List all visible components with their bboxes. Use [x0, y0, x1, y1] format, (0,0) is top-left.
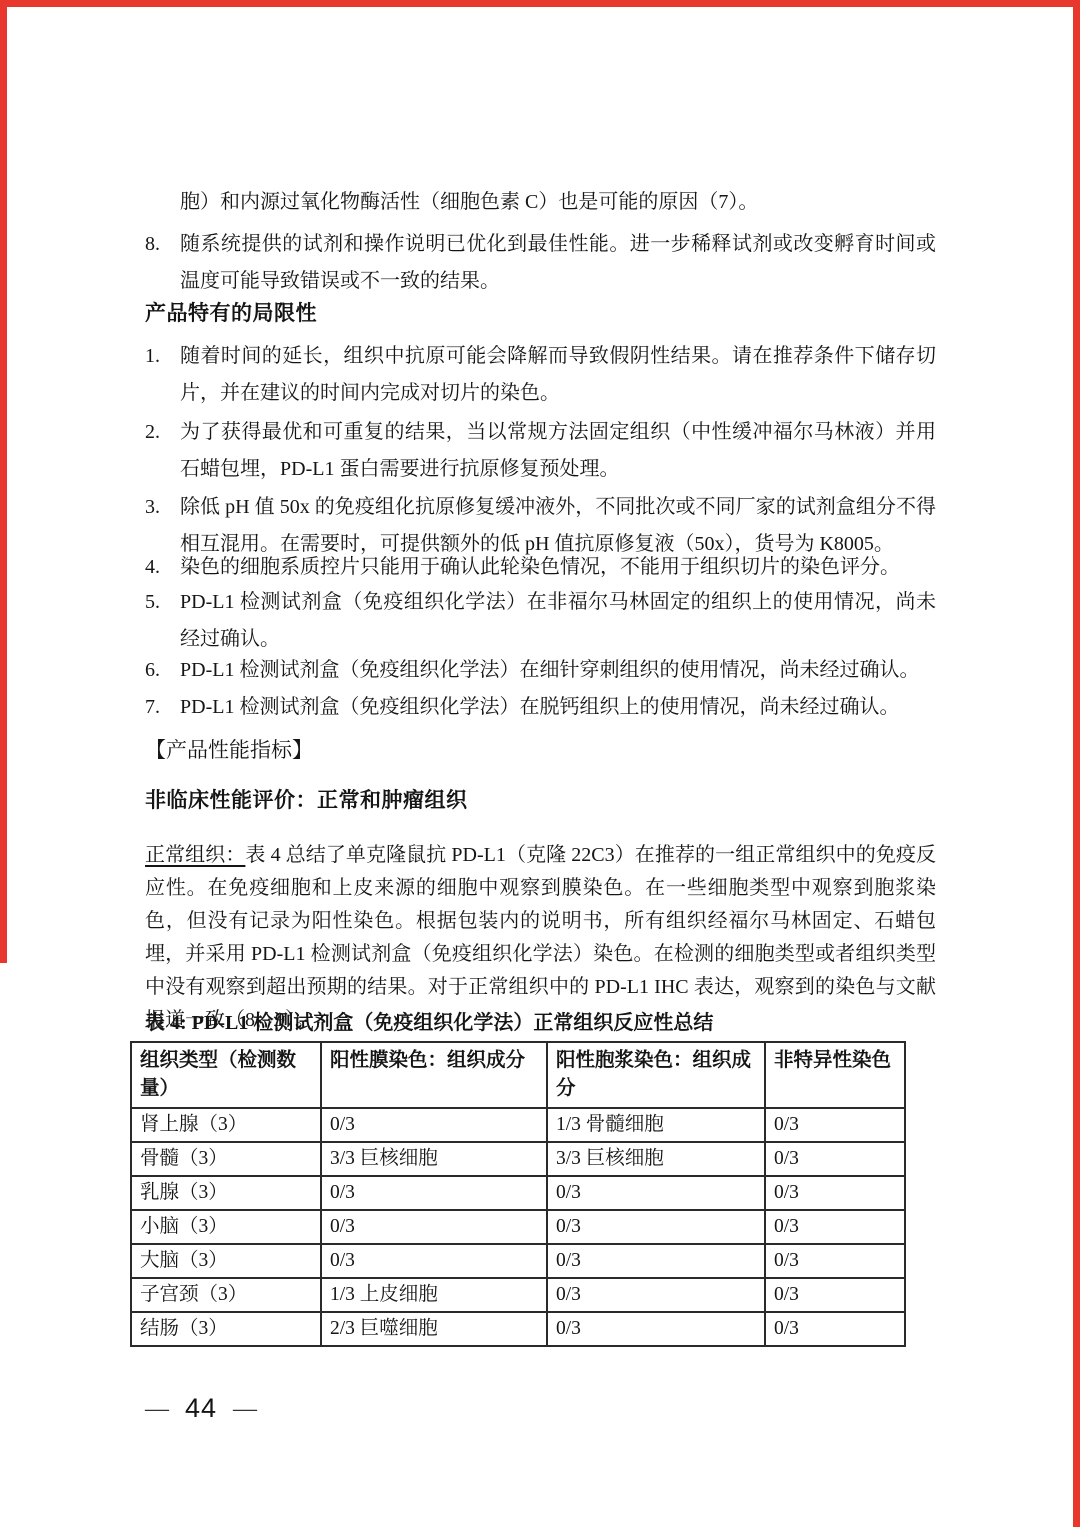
- table-cell: 2/3 巨噬细胞: [321, 1312, 547, 1346]
- table-row: 小脑（3） 0/3 0/3 0/3: [131, 1210, 905, 1244]
- table-cell: 大脑（3）: [131, 1244, 321, 1278]
- table-cell: 0/3: [321, 1210, 547, 1244]
- list-item-text: 随系统提供的试剂和操作说明已优化到最佳性能。进一步稀释试剂或改变孵育时间或温度可…: [180, 226, 936, 300]
- paragraph-lead-underlined: 正常组织：: [145, 844, 245, 866]
- table-cell: 0/3: [765, 1210, 905, 1244]
- table-cell: 0/3: [547, 1210, 765, 1244]
- nonclinical-subsection-heading: 非临床性能评价：正常和肿瘤组织: [145, 786, 936, 814]
- list-item-text: 染色的细胞系质控片只能用于确认此轮染色情况，不能用于组织切片的染色评分。: [180, 549, 936, 586]
- table-cell: 3/3 巨核细胞: [321, 1142, 547, 1176]
- table-cell: 0/3: [547, 1244, 765, 1278]
- paragraph-text: 表 4 总结了单克隆鼠抗 PD-L1（克隆 22C3）在推荐的一组正常组织中的免…: [145, 844, 936, 1031]
- table-cell: 0/3: [547, 1176, 765, 1210]
- table-cell: 小脑（3）: [131, 1210, 321, 1244]
- list-item-8: 8. 随系统提供的试剂和操作说明已优化到最佳性能。进一步稀释试剂或改变孵育时间或…: [145, 226, 936, 300]
- table-cell: 1/3 骨髓细胞: [547, 1108, 765, 1142]
- list-number: 4.: [145, 549, 180, 586]
- table-cell: 0/3: [765, 1278, 905, 1312]
- list-item-text: 随着时间的延长，组织中抗原可能会降解而导致假阴性结果。请在推荐条件下储存切片，并…: [180, 338, 936, 412]
- table-cell: 0/3: [765, 1176, 905, 1210]
- list-item-4: 4. 染色的细胞系质控片只能用于确认此轮染色情况，不能用于组织切片的染色评分。: [145, 549, 936, 586]
- table-cell: 1/3 上皮细胞: [321, 1278, 547, 1312]
- list-number: 2.: [145, 414, 180, 488]
- list-item-text: PD-L1 检测试剂盒（免疫组织化学法）在脱钙组织上的使用情况，尚未经过确认。: [180, 689, 936, 726]
- list-item-1: 1. 随着时间的延长，组织中抗原可能会降解而导致假阴性结果。请在推荐条件下储存切…: [145, 338, 936, 412]
- table-cell: 0/3: [321, 1108, 547, 1142]
- list-item-7: 7. PD-L1 检测试剂盒（免疫组织化学法）在脱钙组织上的使用情况，尚未经过确…: [145, 689, 936, 726]
- table-row: 肾上腺（3） 0/3 1/3 骨髓细胞 0/3: [131, 1108, 905, 1142]
- table-cell: 子宫颈（3）: [131, 1278, 321, 1312]
- list-item-5: 5. PD-L1 检测试剂盒（免疫组织化学法）在非福尔马林固定的组织上的使用情况…: [145, 584, 936, 658]
- table-cell: 结肠（3）: [131, 1312, 321, 1346]
- table-cell: 骨髓（3）: [131, 1142, 321, 1176]
- table-header-cell: 组织类型（检测数量）: [131, 1042, 321, 1108]
- table-cell: 0/3: [547, 1312, 765, 1346]
- table-4-title: 表 4: PD-L1 检测试剂盒（免疫组织化学法）正常组织反应性总结: [145, 1010, 936, 1036]
- table-cell: 0/3: [321, 1244, 547, 1278]
- table-header-cell: 阳性膜染色：组织成分: [321, 1042, 547, 1108]
- table-cell: 0/3: [765, 1142, 905, 1176]
- table-cell: 3/3 巨核细胞: [547, 1142, 765, 1176]
- table-header-row: 组织类型（检测数量） 阳性膜染色：组织成分 阳性胞浆染色：组织成分 非特异性染色: [131, 1042, 905, 1108]
- scan-edge-top: [0, 0, 1080, 7]
- table-cell: 0/3: [321, 1176, 547, 1210]
- table-row: 结肠（3） 2/3 巨噬细胞 0/3 0/3: [131, 1312, 905, 1346]
- table-row: 乳腺（3） 0/3 0/3 0/3: [131, 1176, 905, 1210]
- scan-edge-right: [1073, 0, 1080, 1527]
- continuation-line: 胞）和内源过氧化物酶活性（细胞色素 C）也是可能的原因（7）。: [145, 184, 936, 221]
- page-number-dash-left: —: [145, 1396, 169, 1422]
- list-number: 1.: [145, 338, 180, 412]
- table-row: 骨髓（3） 3/3 巨核细胞 3/3 巨核细胞 0/3: [131, 1142, 905, 1176]
- table-cell: 肾上腺（3）: [131, 1108, 321, 1142]
- normal-tissue-paragraph: 正常组织：表 4 总结了单克隆鼠抗 PD-L1（克隆 22C3）在推荐的一组正常…: [145, 839, 936, 1037]
- table-cell: 0/3: [547, 1278, 765, 1312]
- normal-tissue-reactivity-table: 组织类型（检测数量） 阳性膜染色：组织成分 阳性胞浆染色：组织成分 非特异性染色…: [130, 1041, 906, 1347]
- table-cell: 0/3: [765, 1244, 905, 1278]
- list-item-text: PD-L1 检测试剂盒（免疫组织化学法）在细针穿刺组织的使用情况，尚未经过确认。: [180, 652, 936, 689]
- page-number-dash-right: —: [233, 1396, 257, 1422]
- page-number: — 44 —: [145, 1393, 257, 1424]
- table-header-cell: 阳性胞浆染色：组织成分: [547, 1042, 765, 1108]
- list-number: 6.: [145, 652, 180, 689]
- table-cell: 乳腺（3）: [131, 1176, 321, 1210]
- table-row: 子宫颈（3） 1/3 上皮细胞 0/3 0/3: [131, 1278, 905, 1312]
- list-item-2: 2. 为了获得最优和可重复的结果，当以常规方法固定组织（中性缓冲福尔马林液）并用…: [145, 414, 936, 488]
- performance-section-heading: 【产品性能指标】: [145, 736, 936, 764]
- scan-edge-left: [0, 0, 7, 963]
- list-number: 7.: [145, 689, 180, 726]
- table-cell: 0/3: [765, 1312, 905, 1346]
- list-item-text: 为了获得最优和可重复的结果，当以常规方法固定组织（中性缓冲福尔马林液）并用石蜡包…: [180, 414, 936, 488]
- table-header-cell: 非特异性染色: [765, 1042, 905, 1108]
- list-number: 5.: [145, 584, 180, 658]
- list-number: 8.: [145, 226, 180, 300]
- table-cell: 0/3: [765, 1108, 905, 1142]
- page-number-value: 44: [185, 1393, 217, 1424]
- list-item-text: PD-L1 检测试剂盒（免疫组织化学法）在非福尔马林固定的组织上的使用情况，尚未…: [180, 584, 936, 658]
- limitations-heading: 产品特有的局限性: [145, 299, 936, 327]
- table-row: 大脑（3） 0/3 0/3 0/3: [131, 1244, 905, 1278]
- list-item-6: 6. PD-L1 检测试剂盒（免疫组织化学法）在细针穿刺组织的使用情况，尚未经过…: [145, 652, 936, 689]
